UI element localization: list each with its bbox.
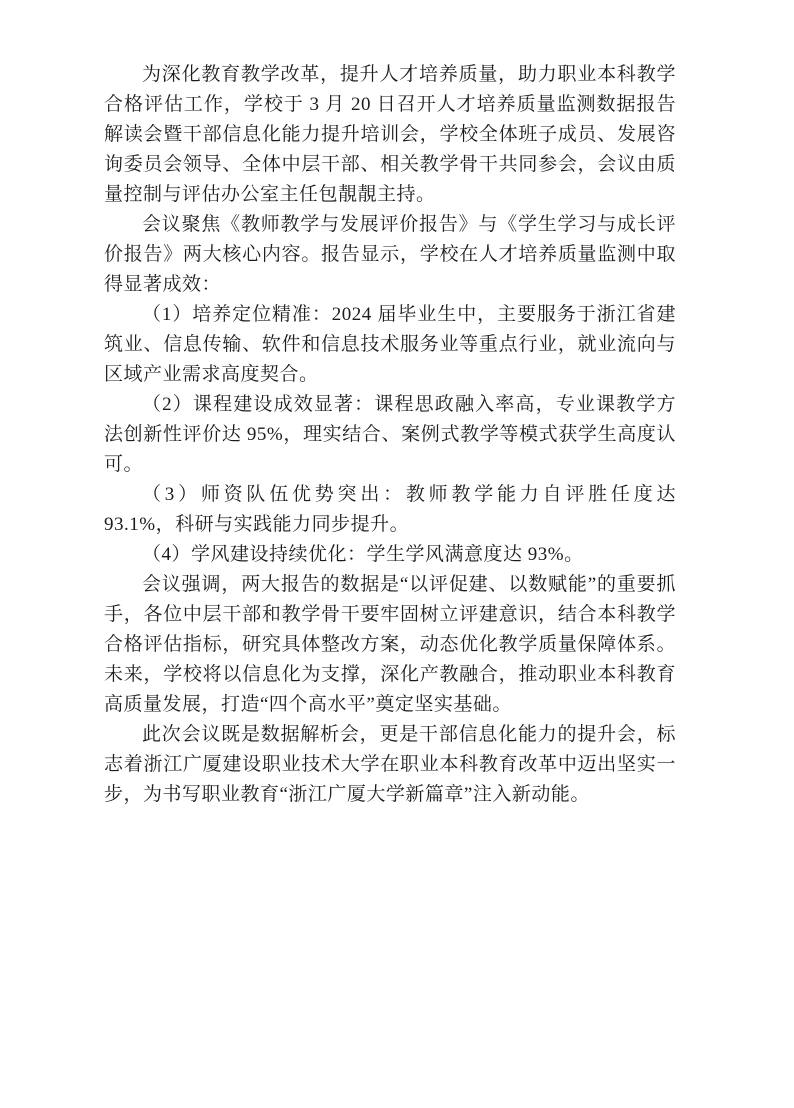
paragraph-point-4: （4）学风建设持续优化：学生学风满意度达 93%。 [104,540,676,570]
paragraph-point-2: （2）课程建设成效显著：课程思政融入率高，专业课教学方法创新性评价达 95%，理… [104,390,676,480]
paragraph-point-1: （1）培养定位精准：2024 届毕业生中，主要服务于浙江省建筑业、信息传输、软件… [104,300,676,390]
document-page: 为深化教育教学改革，提升人才培养质量，助力职业本科教学合格评估工作，学校于 3 … [0,0,794,1108]
document-body-text: 为深化教育教学改革，提升人才培养质量，助力职业本科教学合格评估工作，学校于 3 … [104,60,676,810]
paragraph-intro: 为深化教育教学改革，提升人才培养质量，助力职业本科教学合格评估工作，学校于 3 … [104,60,676,210]
paragraph-point-3: （3）师资队伍优势突出：教师教学能力自评胜任度达 93.1%，科研与实践能力同步… [104,480,676,540]
paragraph-emphasis: 会议强调，两大报告的数据是“以评促建、以数赋能”的重要抓手，各位中层干部和教学骨… [104,570,676,720]
paragraph-conclusion: 此次会议既是数据解析会，更是干部信息化能力的提升会，标志着浙江广厦建设职业技术大… [104,720,676,810]
paragraph-meeting-focus: 会议聚焦《教师教学与发展评价报告》与《学生学习与成长评价报告》两大核心内容。报告… [104,210,676,300]
